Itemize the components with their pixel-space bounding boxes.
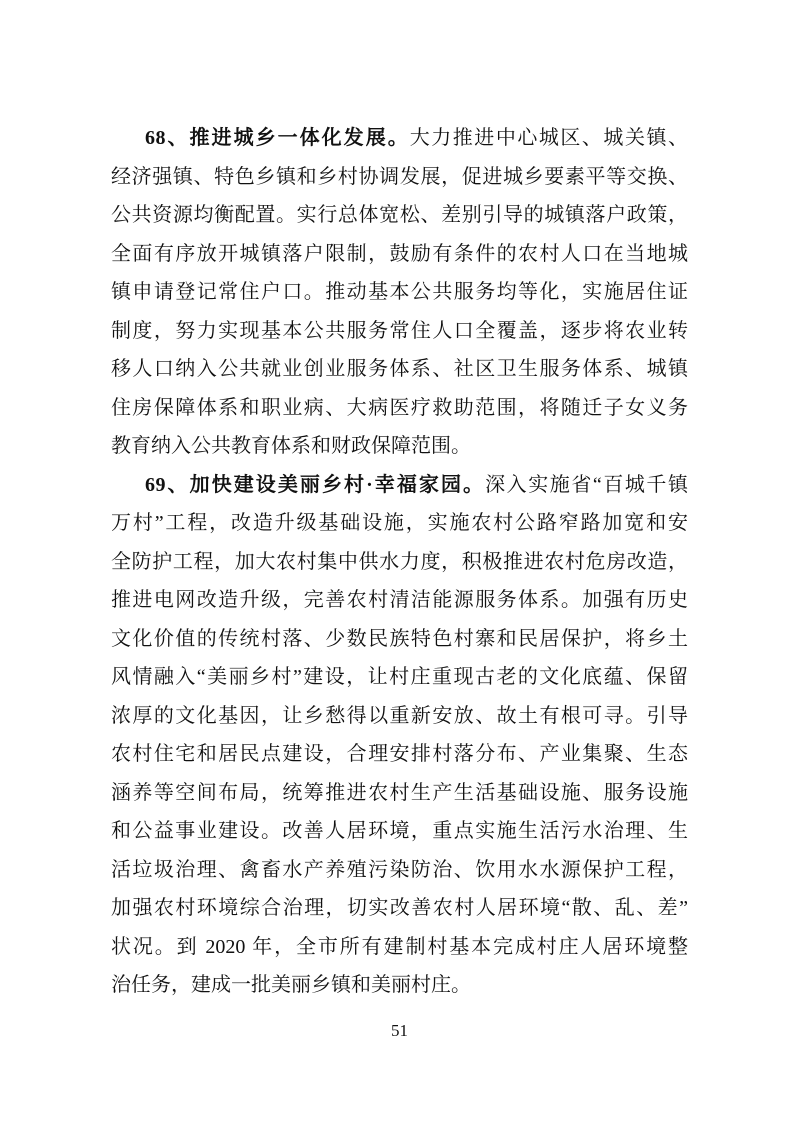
- paragraph-69-heading: 69、加快建设美丽乡村·幸福家园。: [145, 474, 485, 496]
- paragraph-68-line-7: 移人口纳入公共就业创业服务体系、社区卫生服务体系、城镇: [111, 350, 688, 389]
- paragraph-69-line-7: 浓厚的文化基因，让乡愁得以重新安放、故土有根可寻。引导: [111, 697, 688, 736]
- paragraph-69-line-10: 和公益事业建设。改善人居环境，重点实施生活污水治理、生: [111, 812, 688, 851]
- document-body: 68、推进城乡一体化发展。大力推进中心城区、城关镇、 经济强镇、特色乡镇和乡村协…: [111, 119, 688, 1005]
- paragraph-69-line-8: 农村住宅和居民点建设，合理安排村落分布、产业集聚、生态: [111, 735, 688, 774]
- page-number: 51: [111, 1020, 688, 1042]
- paragraph-68-first-line: 68、推进城乡一体化发展。大力推进中心城区、城关镇、: [111, 119, 688, 158]
- paragraph-68-line-5: 镇申请登记常住户口。推动基本公共服务均等化，实施居住证: [111, 273, 688, 312]
- paragraph-68-heading: 68、推进城乡一体化发展。: [145, 127, 410, 149]
- paragraph-69-line-13: 状况。到 2020 年，全市所有建制村基本完成村庄人居环境整: [111, 928, 688, 967]
- paragraph-68-line-8: 住房保障体系和职业病、大病医疗救助范围，将随迁子女义务: [111, 389, 688, 428]
- paragraph-69-line-4: 推进电网改造升级，完善农村清洁能源服务体系。加强有历史: [111, 581, 688, 620]
- paragraph-69-lead-text: 深入实施省“百城千镇: [485, 474, 688, 496]
- paragraph-68-line-6: 制度，努力实现基本公共服务常住人口全覆盖，逐步将农业转: [111, 312, 688, 351]
- paragraph-69-line-9: 涵养等空间布局，统筹推进农村生产生活基础设施、服务设施: [111, 774, 688, 813]
- paragraph-68-lead-text: 大力推进中心城区、城关镇、: [410, 127, 688, 149]
- paragraph-69-line-2: 万村”工程，改造升级基础设施，实施农村公路窄路加宽和安: [111, 504, 688, 543]
- paragraph-69-line-12: 加强农村环境综合治理，切实改善农村人居环境“散、乱、差”: [111, 889, 688, 928]
- paragraph-68-line-4: 全面有序放开城镇落户限制，鼓励有条件的农村人口在当地城: [111, 235, 688, 274]
- paragraph-69-line-11: 活垃圾治理、禽畜水产养殖污染防治、饮用水水源保护工程，: [111, 851, 688, 890]
- paragraph-69-line-3: 全防护工程，加大农村集中供水力度，积极推进农村危房改造，: [111, 543, 688, 582]
- paragraph-68-line-2: 经济强镇、特色乡镇和乡村协调发展，促进城乡要素平等交换、: [111, 158, 688, 197]
- paragraph-69-line-14: 治任务，建成一批美丽乡镇和美丽村庄。: [111, 966, 688, 1005]
- paragraph-69-line-6: 风情融入“美丽乡村”建设，让村庄重现古老的文化底蕴、保留: [111, 658, 688, 697]
- paragraph-68-line-3: 公共资源均衡配置。实行总体宽松、差别引导的城镇落户政策，: [111, 196, 688, 235]
- paragraph-69-line-5: 文化价值的传统村落、少数民族特色村寨和民居保护，将乡土: [111, 620, 688, 659]
- paragraph-68-line-9: 教育纳入公共教育体系和财政保障范围。: [111, 427, 688, 466]
- paragraph-69-first-line: 69、加快建设美丽乡村·幸福家园。深入实施省“百城千镇: [111, 466, 688, 505]
